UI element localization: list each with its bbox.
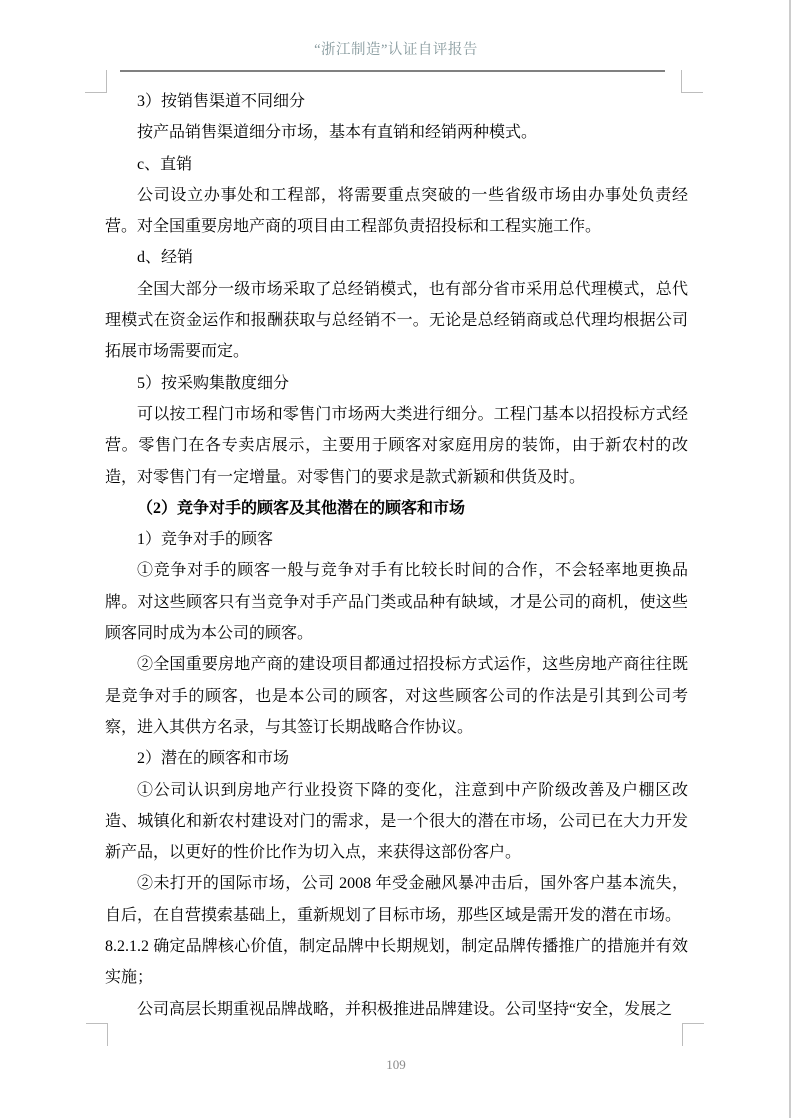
- page-number: 109: [0, 1057, 792, 1073]
- subheading-sales-channel: 3）按销售渠道不同细分: [105, 86, 688, 117]
- subheading-potential-customers: 2）潜在的顾客和市场: [105, 743, 688, 774]
- body-paragraph: 按产品销售渠道细分市场，基本有直销和经销两种模式。: [105, 117, 688, 148]
- subheading-procurement: 5）按采购集散度细分: [105, 368, 688, 399]
- body-paragraph: ①竞争对手的顾客一般与竞争对手有比较长时间的合作，不会轻率地更换品牌。对这些顾客…: [105, 555, 688, 649]
- body-paragraph: 公司高层长期重视品牌战略，并积极推进品牌建设。公司坚持“安全，发展之: [105, 994, 688, 1025]
- margin-mark-bottom-left: [86, 1023, 108, 1046]
- document-page: “浙江制造”认证自评报告 3）按销售渠道不同细分 按产品销售渠道细分市场，基本有…: [0, 0, 792, 1118]
- clause-heading-8-2-1-2: 8.2.1.2 确定品牌核心价值，制定品牌中长期规划，制定品牌传播推广的措施并有…: [105, 931, 688, 994]
- page-header-title: “浙江制造”认证自评报告: [0, 38, 792, 59]
- body-paragraph: ②全国重要房地产商的建设项目都通过招投标方式运作，这些房地产商往往既是竞争对手的…: [105, 649, 688, 743]
- document-body: 3）按销售渠道不同细分 按产品销售渠道细分市场，基本有直销和经销两种模式。 c、…: [105, 86, 688, 1025]
- body-paragraph: 公司设立办事处和工程部，将需要重点突破的一些省级市场由办事处负责经营。对全国重要…: [105, 180, 688, 243]
- subheading-distribution: d、经销: [105, 242, 688, 273]
- subheading-direct-sales: c、直销: [105, 149, 688, 180]
- body-paragraph: 全国大部分一级市场采取了总经销模式，也有部分省市采用总代理模式，总代理模式在资金…: [105, 274, 688, 368]
- body-paragraph: ①公司认识到房地产行业投资下降的变化，注意到中产阶级改善及户棚区改造、城镇化和新…: [105, 775, 688, 869]
- page-edge-line: [789, 0, 791, 1118]
- section-heading-competitor-customers: （2）竞争对手的顾客及其他潜在的顾客和市场: [105, 493, 688, 524]
- body-paragraph: ②未打开的国际市场，公司 2008 年受金融风暴冲击后，国外客户基本流失，自后，…: [105, 868, 688, 931]
- margin-mark-top-left: [85, 70, 107, 93]
- subheading-competitor-customers: 1）竞争对手的顾客: [105, 524, 688, 555]
- header-rule: [120, 70, 665, 72]
- margin-mark-bottom-right: [682, 1023, 704, 1046]
- body-paragraph: 可以按工程门市场和零售门市场两大类进行细分。工程门基本以招投标方式经营。零售门在…: [105, 399, 688, 493]
